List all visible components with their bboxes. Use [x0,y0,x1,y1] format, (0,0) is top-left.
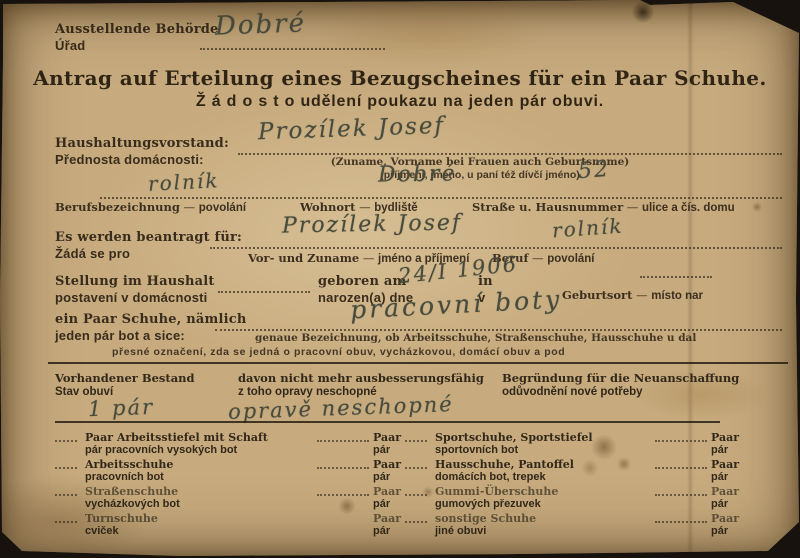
occupation-handwritten-value: rolník [147,168,220,196]
checklist-item-sport-shoes: Sportschuhe, Sportstiefelsportovních bot… [405,431,745,458]
house-number-handwritten-value: 52 [577,157,611,184]
dash: — [184,200,196,214]
occupation-label: Berufsbezeichnung — povolání [55,200,246,214]
applicant-handwritten-occupation: rolník [551,214,624,243]
birthplace-label: Geburtsort — místo nar [562,288,703,302]
applicant-handwritten-name: Prozílek Josef [282,210,463,238]
household-head-label-cs: Přednosta domácnosti: [55,152,229,168]
authority-label: Ausstellende Behörde Úřad [55,22,219,53]
checklist-item-house-shoes: Hausschuhe, Pantoffeldomácích bot, trepe… [405,458,745,485]
leader-dots [317,494,369,496]
household-head-label: Haushaltungsvorstand: Přednosta domácnos… [55,136,229,167]
inventory-stock-handwritten-value: 1 pár [88,395,155,421]
dash: — [363,251,375,265]
leader-dots [655,521,707,523]
street-label: Straße u. Hausnummer — ulice a čís. domu [472,200,735,214]
household-head-hint: (Zuname, Vorname bei Frauen auch Geburts… [240,156,720,181]
inventory-underline [55,421,720,423]
checklist-left-column: Paar Arbeitsstiefel mit Schaftpár pracov… [55,431,407,539]
household-head-hint-de: (Zuname, Vorname bei Frauen auch Geburts… [240,156,720,169]
inventory-justification-header-de: Begründung für die Neuanschaffung [502,372,739,386]
checklist-item-work-shoes: Arbeitsschuhepracovních bot Paarpár [55,458,407,485]
residence-handwritten-value: Dobré [378,161,457,187]
inventory-justification-header-cs: odůvodnění nové potřeby [502,386,739,400]
checklist-item-street-shoes: Straßenschuhevycházkových bot Paarpár [55,485,407,512]
quantity-dotted-stub [55,440,77,442]
quantity-dotted-stub [55,467,77,469]
checklist-item-gym-shoes: Turnschuhecviček Paarpár [55,512,407,539]
inventory-stock-header-de: Vorhandener Bestand [55,372,195,386]
leader-dots [317,467,369,469]
leader-dots [317,440,369,442]
requested-shoes-hint-de: genaue Bezeichnung, ob Arbeitsschuhe, St… [255,332,696,344]
dash: — [532,251,544,265]
scanned-document-photo: Ausstellende Behörde Úřad Dobré Antrag a… [0,0,800,558]
dash: — [636,288,648,302]
quantity-dotted-stub [405,494,427,496]
authority-label-cs: Úřad [55,38,219,54]
position-dotted-line [218,274,310,293]
position-label-cs: postavení v domácnosti [55,290,215,306]
quantity-dotted-stub [405,521,427,523]
leader-dots [655,440,707,442]
form-title-cs: Ž á d o s t o udělení poukazu na jeden p… [0,93,800,111]
quantity-dotted-stub [405,440,427,442]
inventory-justification-header: Begründung für die Neuanschaffung odůvod… [502,372,739,400]
checklist-right-column: Sportschuhe, Sportstiefelsportovních bot… [405,431,745,539]
section-divider-rule [48,362,788,364]
leader-dots [655,494,707,496]
checklist-item-work-boots: Paar Arbeitsstiefel mit Schaftpár pracov… [55,431,407,458]
dash: — [627,200,639,214]
form-title-de: Antrag auf Erteilung eines Bezugscheines… [0,66,800,90]
ration-application-form: Ausstellende Behörde Úřad Dobré Antrag a… [0,0,800,558]
form-title: Antrag auf Erteilung eines Bezugscheines… [0,66,800,111]
authority-label-de: Ausstellende Behörde [55,22,219,38]
requested-shoes-hint-cs: přesné označení, zda se jedná o pracovní… [112,346,565,358]
checklist-item-other-shoes: sonstige Schuhejiné obuvi Paarpár [405,512,745,539]
inventory-beyond-repair-header-de: davon nicht mehr ausbesserungsfähig [238,372,484,386]
quantity-dotted-stub [405,467,427,469]
position-label: Stellung im Haushalt postavení v domácno… [55,274,215,305]
household-head-label-de: Haushaltungsvorstand: [55,136,229,152]
quantity-dotted-stub [55,494,77,496]
checklist-item-rubber-overshoes: Gummi-Überschuhegumových přezuvek Paarpá… [405,485,745,512]
leader-dots [655,467,707,469]
quantity-dotted-stub [55,521,77,523]
authority-handwritten-value: Dobré [215,8,307,41]
position-label-de: Stellung im Haushalt [55,274,215,290]
birthplace-dotted-line [640,262,712,278]
